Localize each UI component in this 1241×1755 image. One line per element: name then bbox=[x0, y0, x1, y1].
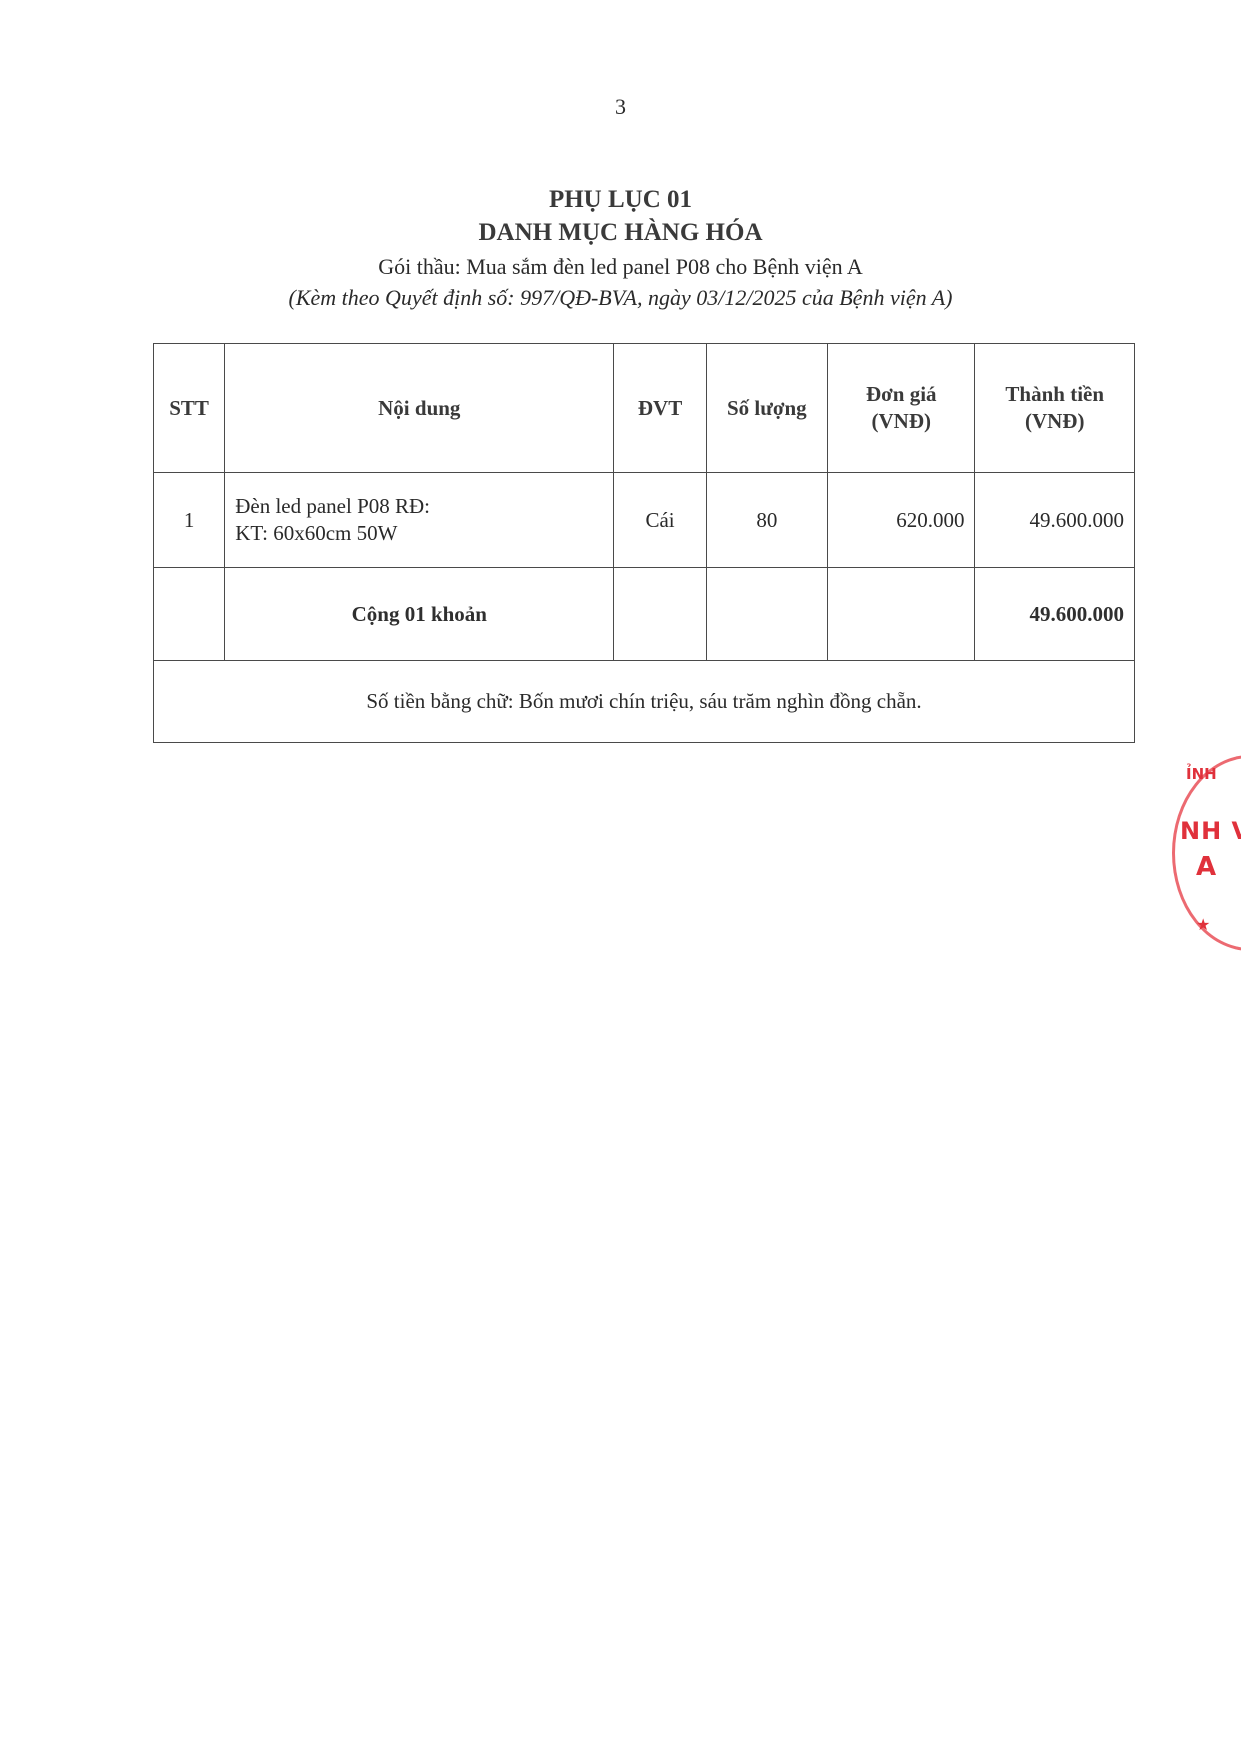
amount-in-words: Số tiền bằng chữ: Bốn mươi chín triệu, s… bbox=[154, 661, 1135, 743]
stamp-top-text: ỈNH bbox=[1186, 765, 1217, 783]
total-label: Cộng 01 khoản bbox=[225, 568, 614, 661]
table-header-row: STT Nội dung ĐVT Số lượng Đơn giá (VNĐ) … bbox=[154, 344, 1135, 473]
cell-noi-dung: Đèn led panel P08 RĐ: KT: 60x60cm 50W bbox=[225, 473, 614, 568]
item-description-line2: KT: 60x60cm 50W bbox=[235, 520, 603, 547]
header-thanh-tien: Thành tiền (VNĐ) bbox=[975, 344, 1135, 473]
total-empty-dvt bbox=[614, 568, 706, 661]
header-thanh-tien-line1: Thành tiền bbox=[985, 381, 1124, 408]
goods-table: STT Nội dung ĐVT Số lượng Đơn giá (VNĐ) … bbox=[153, 343, 1135, 743]
header-don-gia-line2: (VNĐ) bbox=[838, 408, 964, 435]
decision-note: (Kèm theo Quyết định số: 997/QĐ-BVA, ngà… bbox=[0, 285, 1241, 311]
header-thanh-tien-line2: (VNĐ) bbox=[985, 408, 1124, 435]
total-row: Cộng 01 khoản 49.600.000 bbox=[154, 568, 1135, 661]
table-row: 1 Đèn led panel P08 RĐ: KT: 60x60cm 50W … bbox=[154, 473, 1135, 568]
total-empty-don-gia bbox=[828, 568, 975, 661]
stamp-bottom-text: A bbox=[1196, 852, 1216, 882]
page-number: 3 bbox=[0, 94, 1241, 120]
cell-dvt: Cái bbox=[614, 473, 706, 568]
star-icon: ★ bbox=[1196, 915, 1210, 934]
total-amount: 49.600.000 bbox=[975, 568, 1135, 661]
header-so-luong: Số lượng bbox=[706, 344, 827, 473]
header-don-gia-line1: Đơn giá bbox=[838, 381, 964, 408]
amount-in-words-row: Số tiền bằng chữ: Bốn mươi chín triệu, s… bbox=[154, 661, 1135, 743]
total-empty-stt bbox=[154, 568, 225, 661]
package-subtitle: Gói thầu: Mua sắm đèn led panel P08 cho … bbox=[0, 254, 1241, 280]
cell-thanh-tien: 49.600.000 bbox=[975, 473, 1135, 568]
official-seal-stamp: ỈNH NH VI A ★ bbox=[1160, 735, 1241, 950]
cell-don-gia: 620.000 bbox=[828, 473, 975, 568]
item-description-line1: Đèn led panel P08 RĐ: bbox=[235, 493, 603, 520]
stamp-middle-text: NH VI bbox=[1180, 817, 1241, 845]
cell-so-luong: 80 bbox=[706, 473, 827, 568]
header-stt: STT bbox=[154, 344, 225, 473]
total-empty-so-luong bbox=[706, 568, 827, 661]
header-don-gia: Đơn giá (VNĐ) bbox=[828, 344, 975, 473]
header-dvt: ĐVT bbox=[614, 344, 706, 473]
cell-stt: 1 bbox=[154, 473, 225, 568]
appendix-title: PHỤ LỤC 01 bbox=[0, 186, 1241, 214]
document-title: DANH MỤC HÀNG HÓA bbox=[0, 219, 1241, 247]
header-noi-dung: Nội dung bbox=[225, 344, 614, 473]
